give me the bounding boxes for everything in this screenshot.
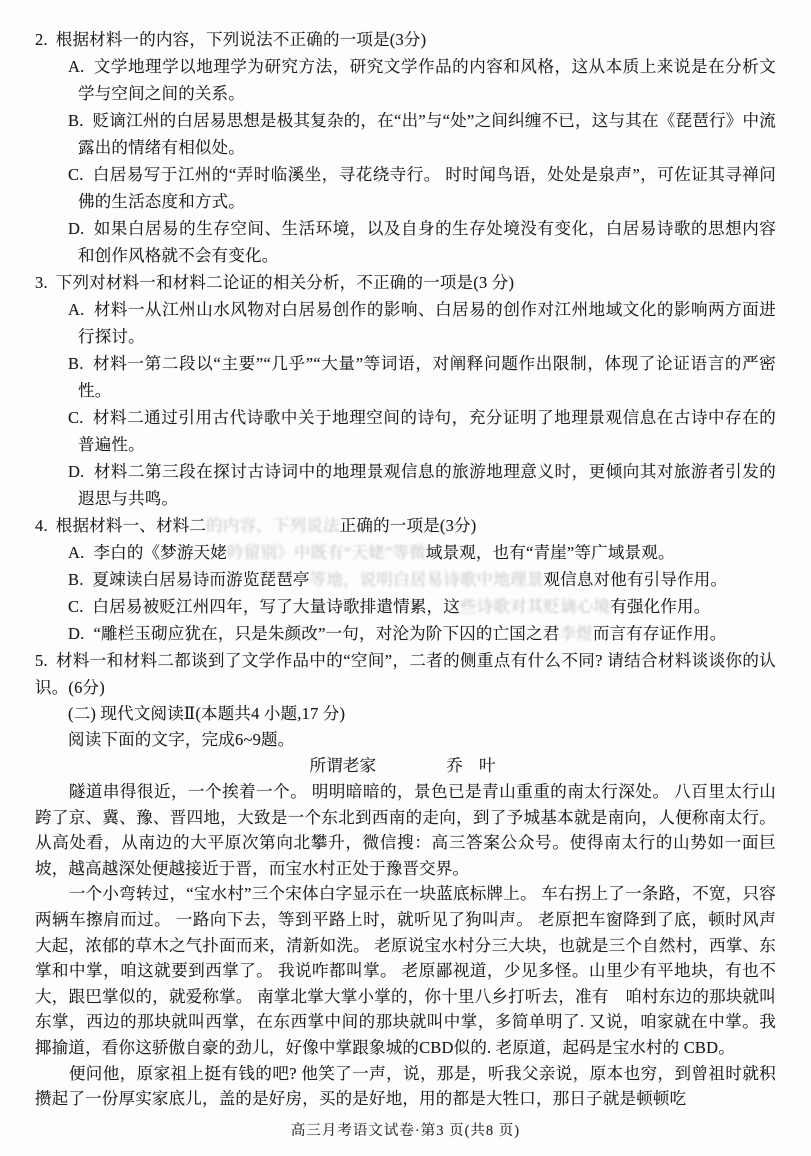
option-a-text: 材料一从江州山水风物对白居易创作的影响、白居易的创作对江州地域文化的影响两方面进… bbox=[78, 300, 776, 346]
option-b-text: 贬谪江州的白居易思想是极其复杂的，在“出”与“处”之间纠缠不已，这与其在《琵琶行… bbox=[78, 111, 776, 157]
option-d-post: 而言有存证作用。 bbox=[593, 624, 727, 643]
question-4-option-c: C.白居易被贬江州四年，写了大量诗歌排遣情累，这些诗歌对其贬谪心境有强化作用。 bbox=[35, 593, 776, 620]
question-3-stem-text: 下列对材料一和材料二论证的相关分析，不正确的一项是(3 分) bbox=[56, 273, 514, 292]
question-2-option-b: B.贬谪江州的白居易思想是极其复杂的，在“出”与“处”之间纠缠不已，这与其在《琵… bbox=[35, 107, 776, 161]
option-b-label: B. bbox=[68, 111, 84, 130]
question-5-number: 5. bbox=[35, 651, 48, 670]
question-3-option-d: D.材料二第三段在探讨古诗词中的地理景观信息的旅游地理意义时，更倾向其对旅游者引… bbox=[35, 458, 776, 512]
question-4-option-d: D.“雕栏玉砌应犹在，只是朱颜改”一句，对沦为阶下囚的亡国之君李煜而言有存证作用… bbox=[35, 620, 776, 647]
question-4-number: 4. bbox=[35, 516, 48, 535]
page-footer: 高三月考语文试卷·第3 页(共8 页) bbox=[0, 1119, 811, 1140]
question-3: 3.下列对材料一和材料二论证的相关分析，不正确的一项是(3 分) A.材料一从江… bbox=[35, 269, 776, 512]
question-4-stem-pre: 根据材料一、材料二 bbox=[56, 516, 206, 535]
option-c-label: C. bbox=[68, 597, 84, 616]
option-a-post: 域景观，也有“青崖”等广域景观。 bbox=[426, 543, 675, 562]
option-a-faded: 吟留别》中既有“天姥”等微 bbox=[227, 543, 426, 562]
option-a-label: A. bbox=[68, 543, 84, 562]
question-3-stem: 3.下列对材料一和材料二论证的相关分析，不正确的一项是(3 分) bbox=[35, 269, 776, 296]
question-5-stem-text: 材料一和材料二都谈到了文学作品中的“空间”，二者的侧重点有什么不同? 请结合材料… bbox=[35, 651, 776, 697]
passage-author: 乔 叶 bbox=[446, 756, 501, 775]
option-d-label: D. bbox=[68, 624, 84, 643]
option-c-post: 有强化作用。 bbox=[610, 597, 710, 616]
exam-page: 2.根据材料一的内容，下列说法不正确的一项是(3分) A.文学地理学以地理学为研… bbox=[0, 0, 811, 1156]
question-4-option-b: B.夏竦读白居易诗而游览琵琶亭等地，说明白居易诗歌中地理景观信息对他有引导作用。 bbox=[35, 566, 776, 593]
option-c-pre: 白居易被贬江州四年，写了大量诗歌排遣情累，这 bbox=[93, 597, 460, 616]
question-3-option-a: A.材料一从江州山水风物对白居易创作的影响、白居易的创作对江州地域文化的影响两方… bbox=[35, 296, 776, 350]
option-a-pre: 李白的《梦游天姥 bbox=[93, 543, 227, 562]
option-b-post: 观信息对他有引导作用。 bbox=[543, 570, 727, 589]
option-d-text: 如果白居易的生存空间、生活环境，以及自身的生存处境没有变化，白居易诗歌的思想内容… bbox=[78, 219, 776, 265]
question-2-option-d: D.如果白居易的生存空间、生活环境，以及自身的生存处境没有变化，白居易诗歌的思想… bbox=[35, 215, 776, 269]
option-b-text: 材料一第二段以“主要”“几乎”“大量”等词语，对阐释问题作出限制，体现了论证语言… bbox=[78, 354, 776, 400]
question-5: 5.材料一和材料二都谈到了文学作品中的“空间”，二者的侧重点有什么不同? 请结合… bbox=[35, 647, 776, 701]
question-2-option-c: C.白居易写于江州的“弄时临溪坐，寻花绕寺行。 时时闻鸟语，处处是泉声”，可佐证… bbox=[35, 161, 776, 215]
option-c-text: 材料二通过引用古代诗歌中关于地理空间的诗句，充分证明了地理景观信息在古诗中存在的… bbox=[78, 408, 776, 454]
passage-paragraph-1: 隧道串得很近，一个挨着一个。 明明暗暗的，景色已是青山重重的南太行深处。 八百里… bbox=[35, 779, 776, 881]
option-c-label: C. bbox=[68, 408, 84, 427]
passage-intro: 阅读下面的文字，完成6~9题。 bbox=[35, 727, 776, 753]
question-3-option-c: C.材料二通过引用古代诗歌中关于地理空间的诗句，充分证明了地理景观信息在古诗中存… bbox=[35, 404, 776, 458]
exam-content: 2.根据材料一的内容，下列说法不正确的一项是(3分) A.文学地理学以地理学为研… bbox=[35, 26, 776, 1112]
question-2: 2.根据材料一的内容，下列说法不正确的一项是(3分) A.文学地理学以地理学为研… bbox=[35, 26, 776, 269]
question-4-stem-faded: 的内容，下列说法 bbox=[206, 516, 340, 535]
question-4: 4.根据材料一、材料二的内容，下列说法正确的一项是(3分) A.李白的《梦游天姥… bbox=[35, 512, 776, 647]
option-d-faded: 李煜 bbox=[559, 624, 592, 643]
option-c-text: 白居易写于江州的“弄时临溪坐，寻花绕寺行。 时时闻鸟语，处处是泉声”，可佐证其寻… bbox=[78, 165, 776, 211]
passage-title-line: 所谓老家乔 叶 bbox=[35, 753, 776, 779]
question-2-option-a: A.文学地理学以地理学为研究方法，研究文学作品的内容和风格，这从本质上来说是在分… bbox=[35, 53, 776, 107]
option-a-label: A. bbox=[68, 57, 84, 76]
option-d-pre: “雕栏玉砌应犹在，只是朱颜改”一句，对沦为阶下囚的亡国之君 bbox=[93, 624, 559, 643]
option-a-label: A. bbox=[68, 300, 84, 319]
question-4-option-a: A.李白的《梦游天姥吟留别》中既有“天姥”等微域景观，也有“青崖”等广域景观。 bbox=[35, 539, 776, 566]
passage-paragraph-2: 一个小弯转过，“宝水村”三个宋体白字显示在一块蓝底标牌上。 车右拐上了一条路，不… bbox=[35, 881, 776, 1060]
option-d-text: 材料二第三段在探讨古诗词中的地理景观信息的旅游地理意义时，更倾向其对旅游者引发的… bbox=[78, 462, 776, 508]
passage-paragraph-3: 便问他，原家祖上挺有钱的吧? 他笑了一声，说，那是，听我父亲说，原本也穷，到曾祖… bbox=[35, 1061, 776, 1112]
question-2-stem: 2.根据材料一的内容，下列说法不正确的一项是(3分) bbox=[35, 26, 776, 53]
option-b-label: B. bbox=[68, 570, 84, 589]
option-b-pre: 夏竦读白居易诗而游览琵琶亭 bbox=[93, 570, 310, 589]
question-3-option-b: B.材料一第二段以“主要”“几乎”“大量”等词语，对阐释问题作出限制，体现了论证… bbox=[35, 350, 776, 404]
option-a-text: 文学地理学以地理学为研究方法，研究文学作品的内容和风格，这从本质上来说是在分析文… bbox=[78, 57, 776, 103]
question-2-number: 2. bbox=[35, 30, 48, 49]
option-c-label: C. bbox=[68, 165, 84, 184]
question-4-stem-post: 正确的一项是(3分) bbox=[340, 516, 477, 535]
question-2-stem-text: 根据材料一的内容，下列说法不正确的一项是(3分) bbox=[56, 30, 427, 49]
question-3-number: 3. bbox=[35, 273, 48, 292]
question-5-stem: 5.材料一和材料二都谈到了文学作品中的“空间”，二者的侧重点有什么不同? 请结合… bbox=[35, 647, 776, 701]
option-d-label: D. bbox=[68, 219, 84, 238]
option-b-label: B. bbox=[68, 354, 84, 373]
question-4-stem: 4.根据材料一、材料二的内容，下列说法正确的一项是(3分) bbox=[35, 512, 776, 539]
passage-title: 所谓老家 bbox=[310, 756, 377, 775]
option-d-label: D. bbox=[68, 462, 84, 481]
section-heading: (二) 现代文阅读Ⅱ(本题共4 小题,17 分) bbox=[35, 701, 776, 727]
option-c-faded: 些诗歌对其贬谪心境 bbox=[460, 597, 610, 616]
option-b-faded: 等地，说明白居易诗歌中地理景 bbox=[310, 570, 544, 589]
